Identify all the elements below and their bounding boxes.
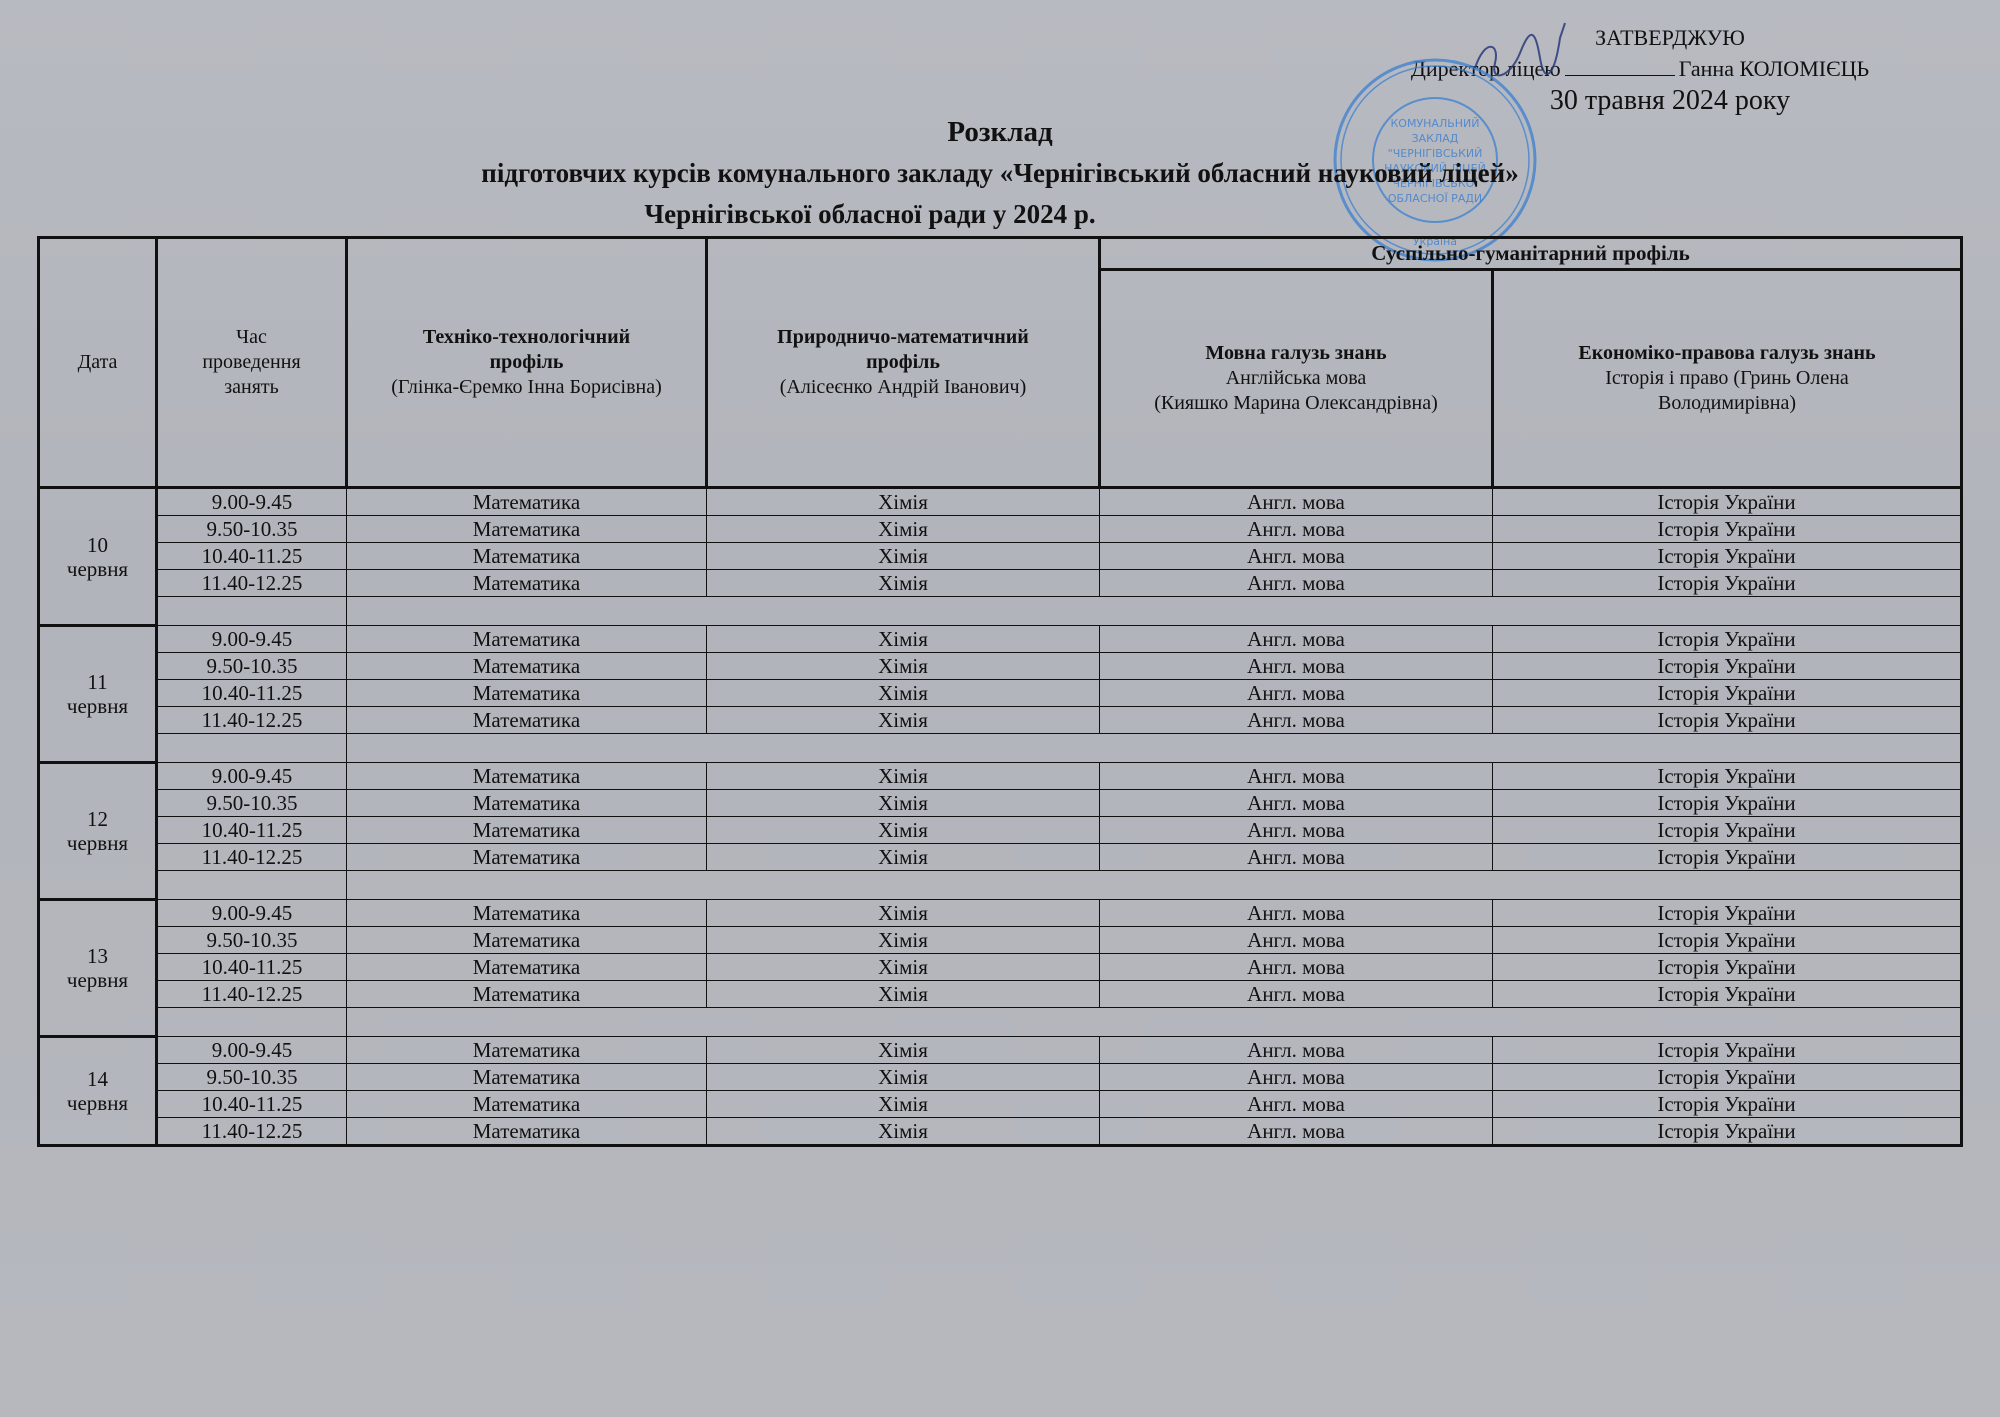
lang-cell: Англ. мова bbox=[1100, 981, 1493, 1008]
time-cell: 9.00-9.45 bbox=[157, 900, 347, 927]
approval-name: Ганна КОЛОМІЄЦЬ bbox=[1679, 56, 1869, 81]
nat-cell: Хімія bbox=[707, 900, 1100, 927]
time-cell: 10.40-11.25 bbox=[157, 543, 347, 570]
hist-cell: Історія України bbox=[1493, 707, 1962, 734]
tech-cell: Математика bbox=[347, 817, 707, 844]
lang-cell: Англ. мова bbox=[1100, 1118, 1493, 1146]
nat-cell: Хімія bbox=[707, 763, 1100, 790]
nat-cell: Хімія bbox=[707, 790, 1100, 817]
tech-cell: Математика bbox=[347, 1091, 707, 1118]
table-row: 10.40-11.25МатематикаХіміяАнгл. моваІсто… bbox=[39, 543, 1962, 570]
nat-cell: Хімія bbox=[707, 516, 1100, 543]
tech-cell: Математика bbox=[347, 1064, 707, 1091]
time-cell: 11.40-12.25 bbox=[157, 707, 347, 734]
date-day: 10 bbox=[40, 533, 155, 557]
time-cell: 9.50-10.35 bbox=[157, 927, 347, 954]
approval-date: 30 травня 2024 року bbox=[1420, 84, 1920, 118]
hist-cell: Історія України bbox=[1493, 488, 1962, 516]
table-row: 9.50-10.35МатематикаХіміяАнгл. моваІстор… bbox=[39, 790, 1962, 817]
tech-cell: Математика bbox=[347, 954, 707, 981]
table-body: 10червня9.00-9.45МатематикаХіміяАнгл. мо… bbox=[39, 488, 1962, 1146]
table-row: 9.50-10.35МатематикаХіміяАнгл. моваІстор… bbox=[39, 927, 1962, 954]
document-subtitle: підготовчих курсів комунального закладу … bbox=[0, 158, 2000, 189]
time-cell: 11.40-12.25 bbox=[157, 570, 347, 597]
table-row: 10.40-11.25МатематикаХіміяАнгл. моваІсто… bbox=[39, 680, 1962, 707]
spacer-cell bbox=[347, 1008, 1962, 1037]
header-hist: Економіко-правова галузь знань Історія і… bbox=[1493, 270, 1962, 488]
lang-cell: Англ. мова bbox=[1100, 543, 1493, 570]
header-humanities-group: Суспільно-гуманітарний профіль bbox=[1100, 238, 1962, 270]
lang-cell: Англ. мова bbox=[1100, 516, 1493, 543]
date-day: 12 bbox=[40, 807, 155, 831]
hist-cell: Історія України bbox=[1493, 981, 1962, 1008]
header-lang-teacher: (Кияшко Марина Олександрівна) bbox=[1101, 391, 1491, 416]
date-month: червня bbox=[40, 968, 155, 992]
approval-block: ЗАТВЕРДЖУЮ Директор ліцеюГанна КОЛОМІЄЦЬ… bbox=[1360, 22, 1920, 118]
lang-cell: Англ. мова bbox=[1100, 844, 1493, 871]
nat-cell: Хімія bbox=[707, 1064, 1100, 1091]
header-tech-title: Техніко-технологічний профіль bbox=[397, 325, 657, 375]
lang-cell: Англ. мова bbox=[1100, 1037, 1493, 1064]
date-day: 13 bbox=[40, 944, 155, 968]
date-month: червня bbox=[40, 831, 155, 855]
tech-cell: Математика bbox=[347, 981, 707, 1008]
spacer-cell bbox=[157, 871, 347, 900]
nat-cell: Хімія bbox=[707, 570, 1100, 597]
tech-cell: Математика bbox=[347, 707, 707, 734]
table-row: 9.50-10.35МатематикаХіміяАнгл. моваІстор… bbox=[39, 516, 1962, 543]
time-cell: 9.50-10.35 bbox=[157, 516, 347, 543]
nat-cell: Хімія bbox=[707, 626, 1100, 653]
hist-cell: Історія України bbox=[1493, 653, 1962, 680]
time-cell: 10.40-11.25 bbox=[157, 817, 347, 844]
date-day: 11 bbox=[40, 670, 155, 694]
date-cell: 11червня bbox=[39, 626, 157, 763]
header-date-label: Дата bbox=[78, 351, 118, 373]
lang-cell: Англ. мова bbox=[1100, 954, 1493, 981]
lang-cell: Англ. мова bbox=[1100, 570, 1493, 597]
time-cell: 9.00-9.45 bbox=[157, 763, 347, 790]
document-title: Розклад bbox=[0, 116, 2000, 149]
spacer-row bbox=[39, 597, 1962, 626]
spacer-cell bbox=[347, 734, 1962, 763]
nat-cell: Хімія bbox=[707, 680, 1100, 707]
header-tech-profile: Техніко-технологічний профіль (Глінка-Єр… bbox=[347, 238, 707, 488]
approval-heading: ЗАТВЕРДЖУЮ bbox=[1420, 22, 1920, 53]
table-row: 11.40-12.25МатематикаХіміяАнгл. моваІсто… bbox=[39, 570, 1962, 597]
header-tech-teacher: (Глінка-Єремко Інна Борисівна) bbox=[348, 375, 705, 400]
date-month: червня bbox=[40, 694, 155, 718]
tech-cell: Математика bbox=[347, 1037, 707, 1064]
tech-cell: Математика bbox=[347, 516, 707, 543]
table-row: 11червня9.00-9.45МатематикаХіміяАнгл. мо… bbox=[39, 626, 1962, 653]
nat-cell: Хімія bbox=[707, 543, 1100, 570]
header-lang: Мовна галузь знань Англійська мова (Кияш… bbox=[1100, 270, 1493, 488]
header-nat-teacher: (Алісеєнко Андрій Іванович) bbox=[708, 375, 1098, 400]
table-row: 11.40-12.25МатематикаХіміяАнгл. моваІсто… bbox=[39, 981, 1962, 1008]
time-cell: 9.00-9.45 bbox=[157, 1037, 347, 1064]
header-date: Дата bbox=[39, 238, 157, 488]
spacer-cell bbox=[347, 597, 1962, 626]
tech-cell: Математика bbox=[347, 927, 707, 954]
nat-cell: Хімія bbox=[707, 653, 1100, 680]
lang-cell: Англ. мова bbox=[1100, 1064, 1493, 1091]
table-row: 11.40-12.25МатематикаХіміяАнгл. моваІсто… bbox=[39, 1118, 1962, 1146]
time-cell: 9.00-9.45 bbox=[157, 626, 347, 653]
table-row: 9.50-10.35МатематикаХіміяАнгл. моваІстор… bbox=[39, 1064, 1962, 1091]
tech-cell: Математика bbox=[347, 570, 707, 597]
tech-cell: Математика bbox=[347, 488, 707, 516]
tech-cell: Математика bbox=[347, 1118, 707, 1146]
header-hist-title: Економіко-правова галузь знань bbox=[1494, 341, 1960, 366]
table-row: 10червня9.00-9.45МатематикаХіміяАнгл. мо… bbox=[39, 488, 1962, 516]
lang-cell: Англ. мова bbox=[1100, 927, 1493, 954]
lang-cell: Англ. мова bbox=[1100, 680, 1493, 707]
time-cell: 10.40-11.25 bbox=[157, 680, 347, 707]
spacer-cell bbox=[157, 734, 347, 763]
time-cell: 9.50-10.35 bbox=[157, 1064, 347, 1091]
nat-cell: Хімія bbox=[707, 954, 1100, 981]
table-row: 14червня9.00-9.45МатематикаХіміяАнгл. мо… bbox=[39, 1037, 1962, 1064]
lang-cell: Англ. мова bbox=[1100, 1091, 1493, 1118]
time-cell: 9.50-10.35 bbox=[157, 653, 347, 680]
date-cell: 13червня bbox=[39, 900, 157, 1037]
hist-cell: Історія України bbox=[1493, 1091, 1962, 1118]
hist-cell: Історія України bbox=[1493, 927, 1962, 954]
time-cell: 9.50-10.35 bbox=[157, 790, 347, 817]
tech-cell: Математика bbox=[347, 763, 707, 790]
hist-cell: Історія України bbox=[1493, 543, 1962, 570]
date-cell: 10червня bbox=[39, 488, 157, 626]
table-header: Дата Час проведення занять Техніко-техно… bbox=[39, 238, 1962, 488]
spacer-cell bbox=[347, 871, 1962, 900]
lang-cell: Англ. мова bbox=[1100, 626, 1493, 653]
spacer-cell bbox=[157, 1008, 347, 1037]
header-time-label: Час проведення занять bbox=[192, 325, 312, 400]
hist-cell: Історія України bbox=[1493, 516, 1962, 543]
hist-cell: Історія України bbox=[1493, 763, 1962, 790]
time-cell: 10.40-11.25 bbox=[157, 954, 347, 981]
spacer-row bbox=[39, 1008, 1962, 1037]
nat-cell: Хімія bbox=[707, 844, 1100, 871]
hist-cell: Історія України bbox=[1493, 1064, 1962, 1091]
approval-position: Директор ліцею bbox=[1411, 56, 1561, 81]
approval-signatory: Директор ліцеюГанна КОЛОМІЄЦЬ bbox=[1360, 53, 1920, 84]
hist-cell: Історія України bbox=[1493, 954, 1962, 981]
table-row: 11.40-12.25МатематикаХіміяАнгл. моваІсто… bbox=[39, 844, 1962, 871]
nat-cell: Хімія bbox=[707, 927, 1100, 954]
lang-cell: Англ. мова bbox=[1100, 900, 1493, 927]
spacer-cell bbox=[157, 597, 347, 626]
tech-cell: Математика bbox=[347, 653, 707, 680]
date-day: 14 bbox=[40, 1067, 155, 1091]
time-cell: 11.40-12.25 bbox=[157, 1118, 347, 1146]
nat-cell: Хімія bbox=[707, 707, 1100, 734]
header-hist-subject: Історія і право (Гринь Олена Володимирів… bbox=[1562, 366, 1892, 416]
date-month: червня bbox=[40, 557, 155, 581]
spacer-row bbox=[39, 734, 1962, 763]
header-lang-title: Мовна галузь знань bbox=[1101, 341, 1491, 366]
signature-line bbox=[1565, 74, 1675, 76]
hist-cell: Історія України bbox=[1493, 844, 1962, 871]
nat-cell: Хімія bbox=[707, 981, 1100, 1008]
date-cell: 12червня bbox=[39, 763, 157, 900]
table-row: 11.40-12.25МатематикаХіміяАнгл. моваІсто… bbox=[39, 707, 1962, 734]
date-month: червня bbox=[40, 1091, 155, 1115]
tech-cell: Математика bbox=[347, 626, 707, 653]
lang-cell: Англ. мова bbox=[1100, 707, 1493, 734]
table-row: 9.50-10.35МатематикаХіміяАнгл. моваІстор… bbox=[39, 653, 1962, 680]
tech-cell: Математика bbox=[347, 900, 707, 927]
nat-cell: Хімія bbox=[707, 488, 1100, 516]
tech-cell: Математика bbox=[347, 543, 707, 570]
header-nat-profile: Природничо-математичний профіль (Алісеєн… bbox=[707, 238, 1100, 488]
tech-cell: Математика bbox=[347, 680, 707, 707]
time-cell: 11.40-12.25 bbox=[157, 981, 347, 1008]
lang-cell: Англ. мова bbox=[1100, 653, 1493, 680]
tech-cell: Математика bbox=[347, 790, 707, 817]
lang-cell: Англ. мова bbox=[1100, 488, 1493, 516]
hist-cell: Історія України bbox=[1493, 1118, 1962, 1146]
header-time: Час проведення занять bbox=[157, 238, 347, 488]
lang-cell: Англ. мова bbox=[1100, 817, 1493, 844]
time-cell: 10.40-11.25 bbox=[157, 1091, 347, 1118]
table-row: 10.40-11.25МатематикаХіміяАнгл. моваІсто… bbox=[39, 954, 1962, 981]
nat-cell: Хімія bbox=[707, 817, 1100, 844]
nat-cell: Хімія bbox=[707, 1118, 1100, 1146]
hist-cell: Історія України bbox=[1493, 817, 1962, 844]
table-row: 13червня9.00-9.45МатематикаХіміяАнгл. мо… bbox=[39, 900, 1962, 927]
hist-cell: Історія України bbox=[1493, 626, 1962, 653]
hist-cell: Історія України bbox=[1493, 570, 1962, 597]
table-row: 12червня9.00-9.45МатематикаХіміяАнгл. мо… bbox=[39, 763, 1962, 790]
document-subtitle-2: Чернігівської обласної ради у 2024 р. bbox=[0, 199, 1870, 230]
spacer-row bbox=[39, 871, 1962, 900]
date-cell: 14червня bbox=[39, 1037, 157, 1146]
nat-cell: Хімія bbox=[707, 1091, 1100, 1118]
hist-cell: Історія України bbox=[1493, 680, 1962, 707]
nat-cell: Хімія bbox=[707, 1037, 1100, 1064]
time-cell: 11.40-12.25 bbox=[157, 844, 347, 871]
time-cell: 9.00-9.45 bbox=[157, 488, 347, 516]
header-lang-subject: Англійська мова bbox=[1101, 366, 1491, 391]
table-row: 10.40-11.25МатематикаХіміяАнгл. моваІсто… bbox=[39, 817, 1962, 844]
lang-cell: Англ. мова bbox=[1100, 763, 1493, 790]
header-nat-title: Природничо-математичний профіль bbox=[743, 325, 1063, 375]
hist-cell: Історія України bbox=[1493, 900, 1962, 927]
table-row: 10.40-11.25МатематикаХіміяАнгл. моваІсто… bbox=[39, 1091, 1962, 1118]
tech-cell: Математика bbox=[347, 844, 707, 871]
hist-cell: Історія України bbox=[1493, 790, 1962, 817]
hist-cell: Історія України bbox=[1493, 1037, 1962, 1064]
schedule-table: Дата Час проведення занять Техніко-техно… bbox=[37, 236, 1963, 1147]
lang-cell: Англ. мова bbox=[1100, 790, 1493, 817]
